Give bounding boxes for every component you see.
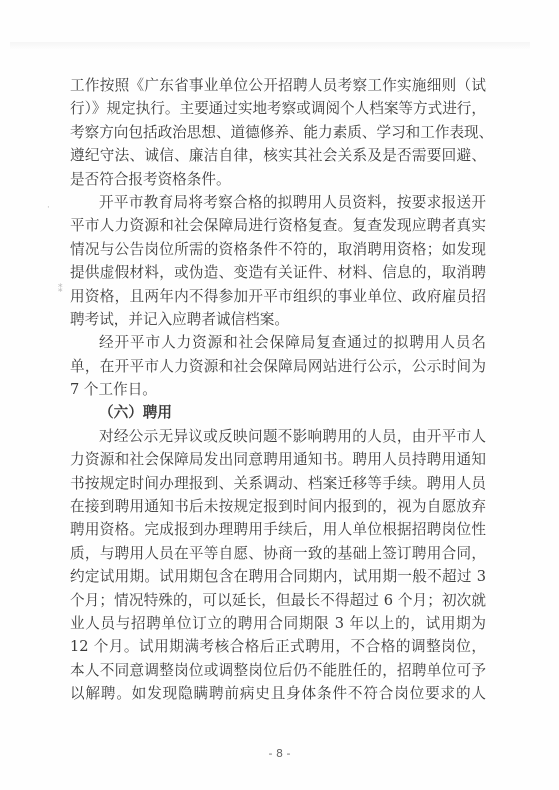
text-line: 业人员与招聘单位订立的聘用合同期限 3 年以上的，试用期为 bbox=[70, 612, 486, 635]
text-line: 情况与公告岗位所需的资格条件不符的，取消聘用资格；如发现 bbox=[70, 238, 486, 261]
text-line: 考察方向包括政治思想、道德修养、能力素质、学习和工作表现、 bbox=[70, 121, 486, 144]
document-body: 工作按照《广东省事业单位公开招聘人员考察工作实施细则（试行）》规定执行。主要通过… bbox=[70, 74, 486, 706]
text-line: 用资格，且两年内不得参加开平市组织的事业单位、政府雇员招 bbox=[70, 285, 486, 308]
text-line: 开平市教育局将考察合格的拟聘用人员资料，按要求报送开 bbox=[70, 191, 486, 214]
section-heading: （六）聘用 bbox=[70, 401, 486, 424]
text-line: 聘用资格。完成报到办理聘用手续后，用人单位根据招聘岗位性 bbox=[70, 518, 486, 541]
scan-artifact bbox=[10, 42, 530, 50]
scan-mark: ⁑ bbox=[58, 285, 63, 295]
text-line: 在接到聘用通知书后未按规定报到时间内报到的，视为自愿放弃 bbox=[70, 495, 486, 518]
text-line: 遵纪守法、诚信、廉洁自律，核实其社会关系及是否需要回避、 bbox=[70, 144, 486, 167]
page-number: - 8 - bbox=[0, 747, 559, 760]
text-line: 平市人力资源和社会保障局进行资格复查。复查发现应聘者真实 bbox=[70, 214, 486, 237]
document-page: · ⁑ 工作按照《广东省事业单位公开招聘人员考察工作实施细则（试行）》规定执行。… bbox=[0, 0, 559, 790]
text-line: 质，与聘用人员在平等自愿、协商一致的基础上签订聘用合同， bbox=[70, 542, 486, 565]
text-line: 提供虚假材料，或伪造、变造有关证件、材料、信息的，取消聘 bbox=[70, 261, 486, 284]
text-line: 对经公示无异议或反映问题不影响聘用的人员，由开平市人 bbox=[70, 425, 486, 448]
text-line: 单，在开平市人力资源和社会保障局网站进行公示，公示时间为 bbox=[70, 355, 486, 378]
text-line: 书按规定时间办理报到、关系调动、档案迁移等手续。聘用人员 bbox=[70, 472, 486, 495]
text-line: 力资源和社会保障局发出同意聘用通知书。聘用人员持聘用通知 bbox=[70, 448, 486, 471]
text-line: 是否符合报考资格条件。 bbox=[70, 168, 486, 191]
text-line: 约定试用期。试用期包含在聘用合同期内，试用期一般不超过 3 bbox=[70, 565, 486, 588]
text-line: 以解聘。如发现隐瞒聘前病史且身体条件不符合岗位要求的人 bbox=[70, 682, 486, 705]
text-line: 本人不同意调整岗位或调整岗位后仍不能胜任的，招聘单位可予 bbox=[70, 659, 486, 682]
text-line: 工作按照《广东省事业单位公开招聘人员考察工作实施细则（试 bbox=[70, 74, 486, 97]
text-line: 经开平市人力资源和社会保障局复查通过的拟聘用人员名 bbox=[70, 331, 486, 354]
scan-mark: · bbox=[47, 203, 50, 213]
text-line: 7 个工作日。 bbox=[70, 378, 486, 401]
text-line: 个月；情况特殊的，可以延长，但最长不得超过 6 个月；初次就 bbox=[70, 589, 486, 612]
text-line: 聘考试，并记入应聘者诚信档案。 bbox=[70, 308, 486, 331]
text-line: 行）》规定执行。主要通过实地考察或调阅个人档案等方式进行， bbox=[70, 97, 486, 120]
text-line: 12 个月。试用期满考核合格后正式聘用，不合格的调整岗位， bbox=[70, 635, 486, 658]
